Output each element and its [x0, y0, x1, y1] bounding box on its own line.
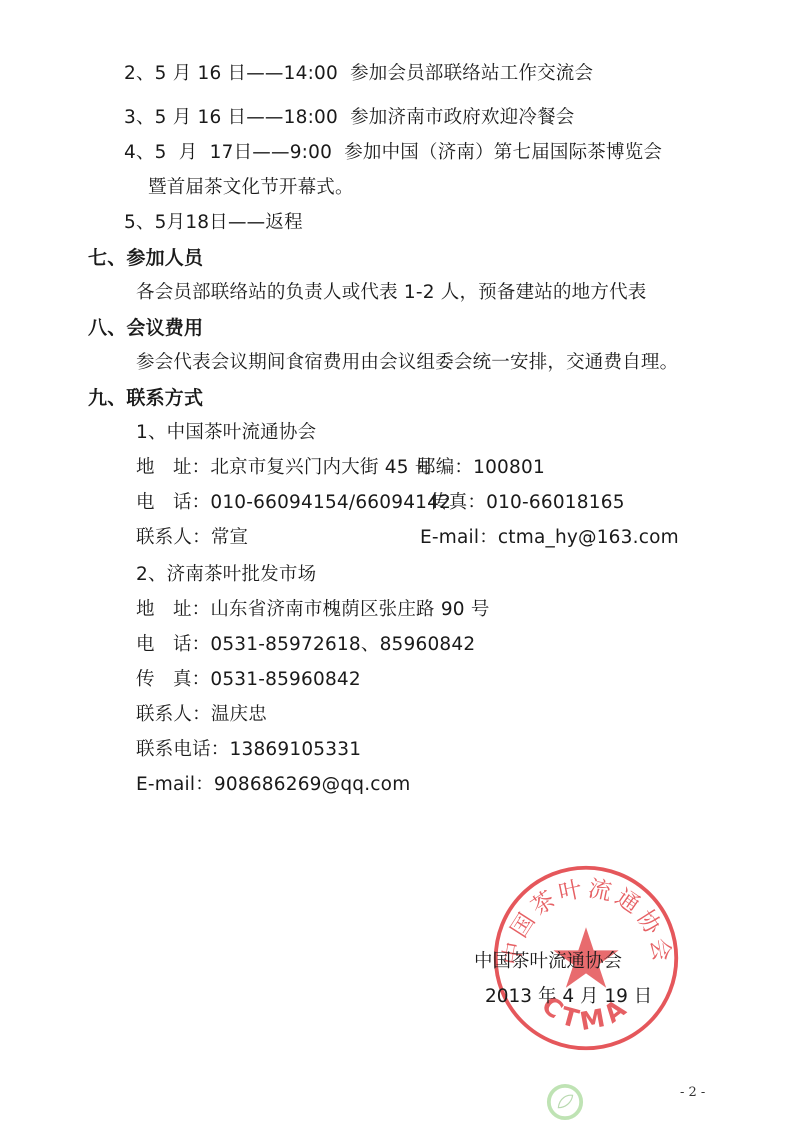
leaf-watermark-icon	[546, 1083, 584, 1121]
section-heading-participants: 七、参加人员	[88, 246, 203, 270]
org1-fax-row: 传真：010-66018165	[430, 491, 625, 515]
section-heading-fees: 八、会议费用	[88, 316, 203, 340]
schedule-item-2: 2、5 月 16 日——14:00 参加会员部联络站工作交流会	[124, 62, 593, 86]
org2-address: 山东省济南市槐荫区张庄路 90 号	[210, 599, 489, 620]
schedule-item-5: 5、5月18日——返程	[124, 211, 303, 235]
org1-fax: 010-66018165	[486, 492, 625, 513]
org2-address-row: 地 址：山东省济南市槐荫区张庄路 90 号	[136, 598, 490, 622]
org1-phone: 010-66094154/66094142	[210, 492, 451, 513]
org2-person: 温庆忠	[211, 704, 267, 725]
signature-date: 2013 年 4 月 19 日	[485, 985, 652, 1009]
schedule-item-4: 4、5 月 17日——9:00 参加中国（济南）第七届国际茶博览会	[124, 141, 662, 165]
org2-email-label: E-mail：	[136, 774, 214, 795]
org2-email[interactable]: 908686269@qq.com	[214, 774, 411, 795]
org1-person-row: 联系人：常宣	[136, 526, 248, 550]
page-number: - 2 -	[680, 1085, 705, 1100]
org1-person: 常宣	[211, 527, 248, 548]
signature-org: 中国茶叶流通协会	[474, 950, 622, 974]
org2-fax-label: 传 真：	[136, 669, 210, 690]
org1-phone-row: 电 话：010-66094154/66094142	[136, 491, 451, 515]
org1-email-row: E-mail：ctma_hy@163.com	[420, 526, 679, 550]
fees-body: 参会代表会议期间食宿费用由会议组委会统一安排，交通费自理。	[136, 351, 678, 375]
org2-fax-row: 传 真：0531-85960842	[136, 668, 361, 692]
org2-phone-label: 电 话：	[136, 634, 210, 655]
org1-title: 1、中国茶叶流通协会	[136, 421, 316, 445]
org1-email-label: E-mail：	[420, 527, 498, 548]
org2-person-label: 联系人：	[136, 704, 211, 725]
org1-phone-label: 电 话：	[136, 492, 210, 513]
org2-fax: 0531-85960842	[210, 669, 361, 690]
schedule-item-3: 3、5 月 16 日——18:00 参加济南市政府欢迎冷餐会	[124, 106, 575, 130]
org1-postcode-row: 邮编：100801	[417, 456, 545, 480]
org1-address-label: 地 址：	[136, 457, 210, 478]
org2-email-row: E-mail：908686269@qq.com	[136, 773, 410, 797]
org1-fax-label: 传真：	[430, 492, 486, 513]
org2-address-label: 地 址：	[136, 599, 210, 620]
org2-mobile: 13869105331	[230, 739, 362, 760]
org1-postcode: 100801	[473, 457, 545, 478]
org1-address-row: 地 址：北京市复兴门内大街 45 号	[136, 456, 433, 480]
org2-title: 2、济南茶叶批发市场	[136, 563, 316, 587]
org1-person-label: 联系人：	[136, 527, 211, 548]
org2-mobile-label: 联系电话：	[136, 739, 230, 760]
org1-postcode-label: 邮编：	[417, 457, 473, 478]
schedule-item-4-continued: 暨首届茶文化节开幕式。	[148, 176, 354, 200]
org2-mobile-row: 联系电话：13869105331	[136, 738, 361, 762]
org1-address: 北京市复兴门内大街 45 号	[210, 457, 433, 478]
participants-body: 各会员部联络站的负责人或代表 1-2 人，预备建站的地方代表	[136, 281, 646, 305]
org1-email[interactable]: ctma_hy@163.com	[498, 527, 679, 548]
org2-phone-row: 电 话：0531-85972618、85960842	[136, 633, 475, 657]
org2-person-row: 联系人：温庆忠	[136, 703, 267, 727]
org2-phone: 0531-85972618、85960842	[210, 634, 475, 655]
section-heading-contact: 九、联系方式	[88, 386, 203, 410]
